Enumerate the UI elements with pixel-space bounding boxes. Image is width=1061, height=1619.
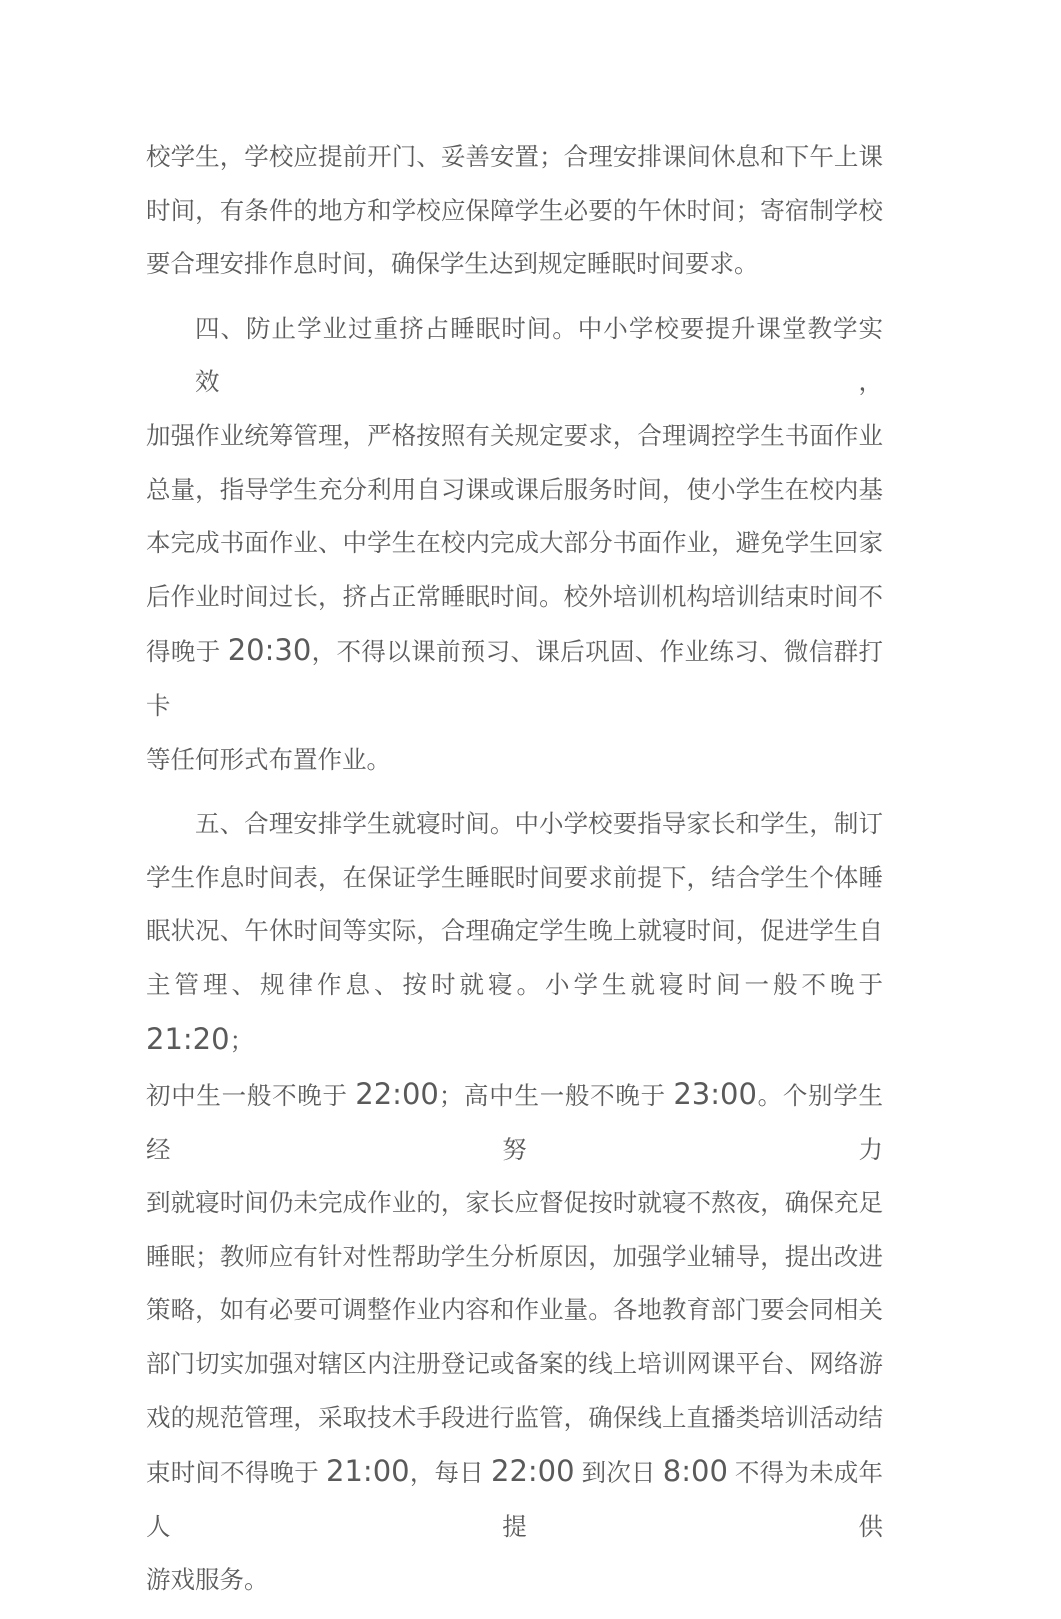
text-line: 时间，有条件的地方和学校应保障学生必要的午休时间；寄宿制学校 bbox=[146, 185, 883, 239]
text-line: 本完成书面作业、中学生在校内完成大部分书面作业，避免学生回家 bbox=[146, 517, 883, 571]
text-line: 校学生，学校应提前开门、妥善安置；合理安排课间休息和下午上课 bbox=[146, 131, 883, 185]
text-line: 戏的规范管理，采取技术手段进行监管，确保线上直播类培训活动结 bbox=[146, 1392, 883, 1446]
text-line: 到就寝时间仍未完成作业的，家长应督促按时就寝不熬夜，确保充足 bbox=[146, 1177, 883, 1231]
text-line: 五、合理安排学生就寝时间。中小学校要指导家长和学生，制订 bbox=[146, 798, 883, 852]
text-line: 主管理、规律作息、按时就寝。小学生就寝时间一般不晚于 21:20； bbox=[146, 959, 883, 1068]
text-line: 四、防止学业过重挤占睡眠时间。中小学校要提升课堂教学实效， bbox=[146, 303, 883, 410]
text-line: 睡眠；教师应有针对性帮助学生分析原因，加强学业辅导，提出改进 bbox=[146, 1231, 883, 1285]
document-content: 校学生，学校应提前开门、妥善安置；合理安排课间休息和下午上课 时间，有条件的地方… bbox=[146, 131, 883, 1619]
text-line: 要合理安排作息时间，确保学生达到规定睡眠时间要求。 bbox=[146, 238, 883, 292]
text-line: 眠状况、午休时间等实际，合理确定学生晚上就寝时间，促进学生自 bbox=[146, 905, 883, 959]
paragraph: 校学生，学校应提前开门、妥善安置；合理安排课间休息和下午上课 时间，有条件的地方… bbox=[146, 131, 883, 292]
text-line: 游戏服务。 bbox=[146, 1554, 883, 1608]
text-line: 加强作业统筹管理，严格按照有关规定要求，合理调控学生书面作业 bbox=[146, 410, 883, 464]
text-line: 总量，指导学生充分利用自习课或课后服务时间，使小学生在校内基 bbox=[146, 464, 883, 518]
paragraph: 四、防止学业过重挤占睡眠时间。中小学校要提升课堂教学实效， 加强作业统筹管理，严… bbox=[146, 303, 883, 787]
text-line: 等任何形式布置作业。 bbox=[146, 734, 883, 788]
text-line: 得晚于 20:30，不得以课前预习、课后巩固、作业练习、微信群打卡 bbox=[146, 624, 883, 733]
paragraph: 五、合理安排学生就寝时间。中小学校要指导家长和学生，制订 学生作息时间表，在保证… bbox=[146, 798, 883, 1608]
text-line: 策略，如有必要可调整作业内容和作业量。各地教育部门要会同相关 bbox=[146, 1284, 883, 1338]
text-line: 部门切实加强对辖区内注册登记或备案的线上培训网课平台、网络游 bbox=[146, 1338, 883, 1392]
text-line: 初中生一般不晚于 22:00；高中生一般不晚于 23:00。个别学生经努力 bbox=[146, 1068, 883, 1177]
text-line: 后作业时间过长，挤占正常睡眠时间。校外培训机构培训结束时间不 bbox=[146, 571, 883, 625]
text-line: 学生作息时间表，在保证学生睡眠时间要求前提下，结合学生个体睡 bbox=[146, 852, 883, 906]
